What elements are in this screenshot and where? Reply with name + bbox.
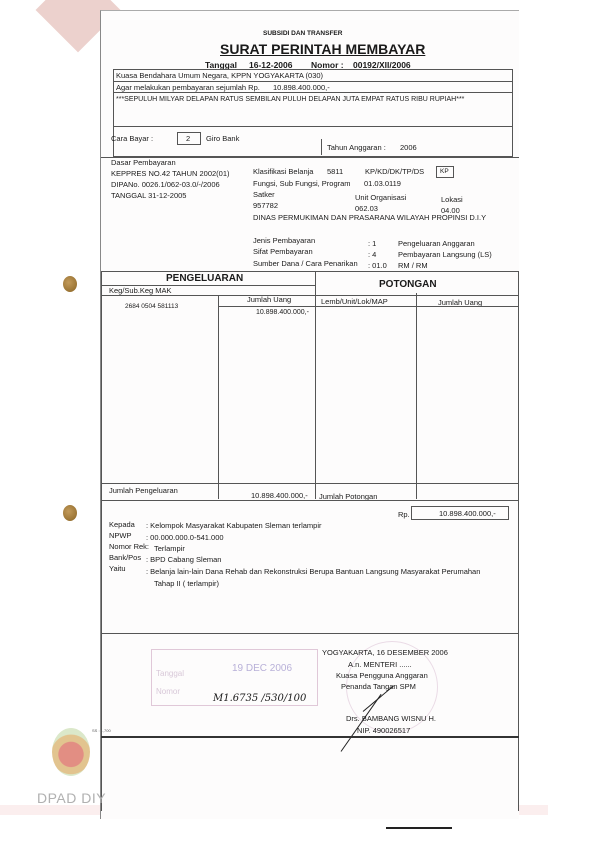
basis-line: DIPANo. 0026.1/062-03.0/-/2006	[111, 181, 220, 189]
payment-amount: 10.898.400.000,-	[273, 84, 330, 92]
kepada-label: Kepada	[109, 521, 135, 529]
sifat-label: Sifat Pembayaran	[253, 248, 313, 256]
col-keg: Keg/Sub.Keg MAK	[109, 287, 172, 295]
underline-mark	[386, 827, 452, 829]
agency-name: DINAS PERMUKIMAN DAN PRASARANA WILAYAH P…	[253, 214, 486, 222]
stamp-date: 19 DEC 2006	[232, 664, 292, 674]
doc-title: SURAT PERINTAH MEMBAYAR	[220, 42, 425, 56]
handwritten-number: M1.6735 /530/100	[213, 694, 306, 704]
punch-hole-top	[63, 276, 77, 292]
watermark: DPAD DIY	[37, 790, 106, 806]
jenis-label: Jenis Pembayaran	[253, 237, 315, 245]
signer-nip: NIP. 490026517	[357, 727, 410, 735]
basis-label: Dasar Pembayaran	[111, 159, 176, 167]
belanja-label: Klasifikasi Belanja	[253, 168, 313, 176]
net-value: 10.898.400.000,-	[439, 510, 496, 518]
satker-value: 957782	[253, 202, 278, 210]
belanja-code: 5811	[327, 168, 343, 176]
row-jumlah: 10.898.400.000,-	[256, 309, 309, 316]
jenis-code: : 1	[368, 240, 376, 248]
method-name: Giro Bank	[206, 135, 239, 143]
npwp-value: : 00.000.000.0-541.000	[146, 534, 224, 542]
potongan-title: POTONGAN	[379, 280, 437, 290]
form-code: SS : 1,700	[92, 729, 111, 733]
kppn-line: Kuasa Bendahara Umum Negara, KPPN YOGYAK…	[116, 72, 323, 80]
bank-value: : BPD Cabang Sleman	[146, 556, 221, 564]
col-lemb: Lemb/Unit/Lok/MAP	[321, 298, 388, 306]
sign-on-behalf: A.n. MENTERI ......	[348, 661, 412, 669]
kp-types: KP/KD/DK/TP/DS	[365, 168, 424, 176]
basis-line: TANGGAL 31-12-2005	[111, 192, 186, 200]
satker-label: Satker	[253, 191, 275, 199]
signer-name: Drs. BAMBANG WISNU H.	[346, 715, 436, 723]
unit-label: Unit Organisasi	[355, 194, 406, 202]
col-jumlah: Jumlah Uang	[247, 296, 291, 304]
jenis-value: Pengeluaran Anggaran	[398, 240, 475, 248]
rek-label: Nomor Rek:	[109, 543, 149, 551]
net-label: Rp.	[398, 511, 410, 519]
total-pengeluaran: 10.898.400.000,-	[251, 492, 308, 500]
pengeluaran-title: PENGELUARAN	[166, 274, 243, 284]
basis-line: KEPPRES NO.42 TAHUN 2002(01)	[111, 170, 230, 178]
kp-value: KP	[440, 169, 449, 176]
fiscal-year-label: Tahun Anggaran :	[327, 144, 386, 152]
stamp-label: Tanggal	[156, 670, 184, 678]
method-label: Cara Bayar :	[111, 135, 153, 143]
row-keg: 2684 0504 581113	[125, 304, 178, 311]
bank-label: Bank/Pos	[109, 554, 141, 562]
fungsi-value: 01.03.0119	[364, 180, 401, 188]
doc-category: SUBSIDI DAN TRANSFER	[263, 31, 342, 38]
npwp-label: NPWP	[109, 532, 132, 540]
kepada-value: : Kelompok Masyarakat Kabupaten Sleman t…	[146, 522, 322, 530]
sifat-code: : 4	[368, 251, 376, 259]
unit-value: 062.03	[355, 205, 378, 213]
sumber-code: : 01.0	[368, 262, 387, 270]
total-pengeluaran-label: Jumlah Pengeluaran	[109, 487, 178, 495]
sign-role: Kuasa Pengguna Anggaran	[336, 672, 428, 680]
payment-instruction: Agar melakukan pembayaran sejumlah Rp.	[116, 84, 260, 92]
method-code: 2	[186, 135, 190, 143]
yaitu-value-cont: Tahap II ( terlampir)	[154, 580, 219, 588]
punch-hole-bottom	[63, 505, 77, 521]
spm-document: SUBSIDI DAN TRANSFER SURAT PERINTAH MEMB…	[100, 10, 519, 819]
sign-role-spm: Penanda Tangan SPM	[341, 683, 416, 691]
sumber-label: Sumber Dana / Cara Penarikan	[253, 260, 358, 268]
dpad-diy-logo-icon	[52, 728, 90, 776]
amount-in-words: ***SEPULUH MILYAR DELAPAN RATUS SEMBILAN…	[116, 96, 464, 103]
rek-value: Terlampir	[154, 545, 185, 553]
fungsi-label: Fungsi, Sub Fungsi, Program	[253, 180, 351, 188]
yaitu-label: Yaitu	[109, 565, 126, 573]
stamp-label: Nomor	[156, 688, 180, 696]
sifat-value: Pembayaran Langsung (LS)	[398, 251, 492, 259]
yaitu-value: : Belanja lain-lain Dana Rehab dan Rekon…	[146, 568, 480, 576]
lokasi-label: Lokasi	[441, 196, 463, 204]
sumber-value: RM / RM	[398, 262, 428, 270]
fiscal-year: 2006	[400, 144, 417, 152]
sign-place-date: YOGYAKARTA, 16 DESEMBER 2006	[322, 649, 448, 657]
